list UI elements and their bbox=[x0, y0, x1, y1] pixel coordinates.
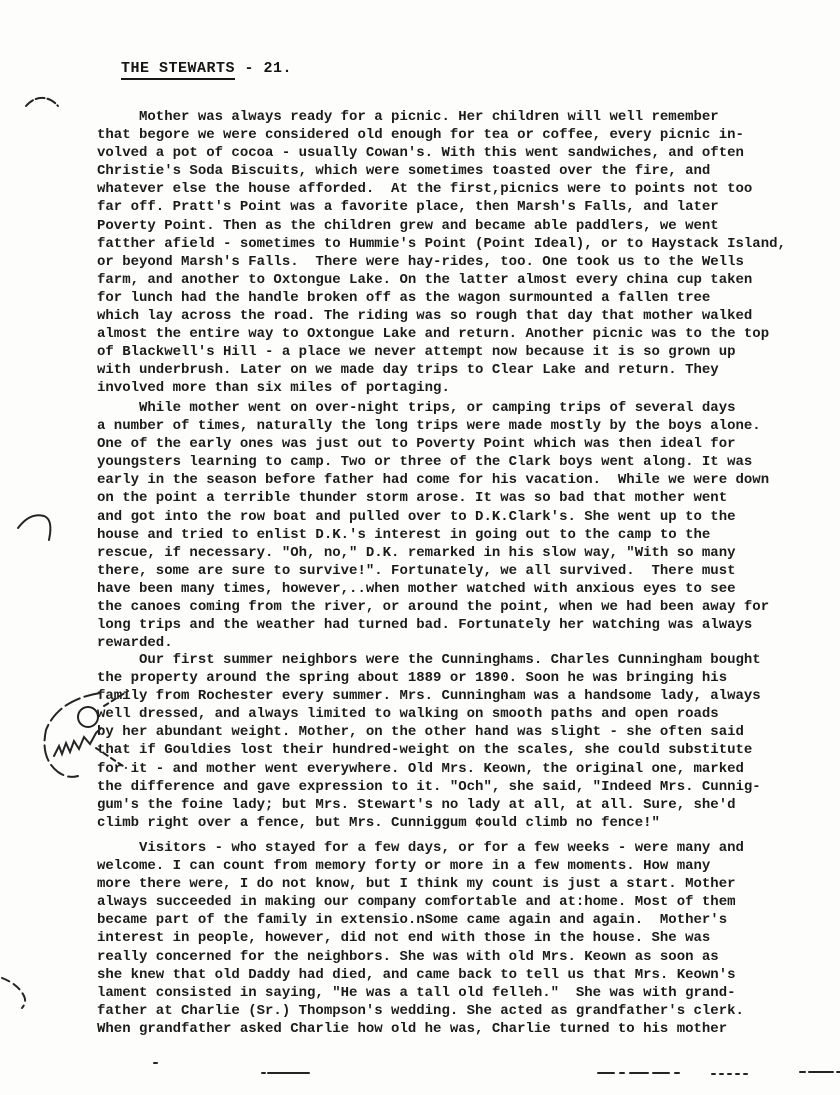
paragraph-picnics: Mother was always ready for a picnic. He… bbox=[97, 108, 807, 398]
page-title: THE STEWARTS - 21. bbox=[121, 60, 292, 77]
paragraph-cunninghams: Our first summer neighbors were the Cunn… bbox=[97, 651, 807, 832]
bottom-edge-marks bbox=[154, 1063, 840, 1074]
page-title-text: THE STEWARTS bbox=[121, 60, 235, 80]
pen-mark-mid-left bbox=[18, 515, 50, 540]
page-number: - 21. bbox=[235, 60, 292, 77]
paragraph-camping-trips: While mother went on over-night trips, o… bbox=[97, 399, 807, 652]
pen-mark-top-left bbox=[26, 98, 58, 106]
annotation-scribble-word bbox=[54, 728, 101, 756]
pen-mark-bottom-left bbox=[2, 978, 25, 1008]
paragraph-visitors: Visitors - who stayed for a few days, or… bbox=[97, 839, 807, 1038]
document-page: THE STEWARTS - 21. Mother was always rea… bbox=[0, 0, 840, 1095]
annotation-enclosing-curve bbox=[45, 693, 101, 777]
annotation-circle bbox=[78, 707, 98, 727]
